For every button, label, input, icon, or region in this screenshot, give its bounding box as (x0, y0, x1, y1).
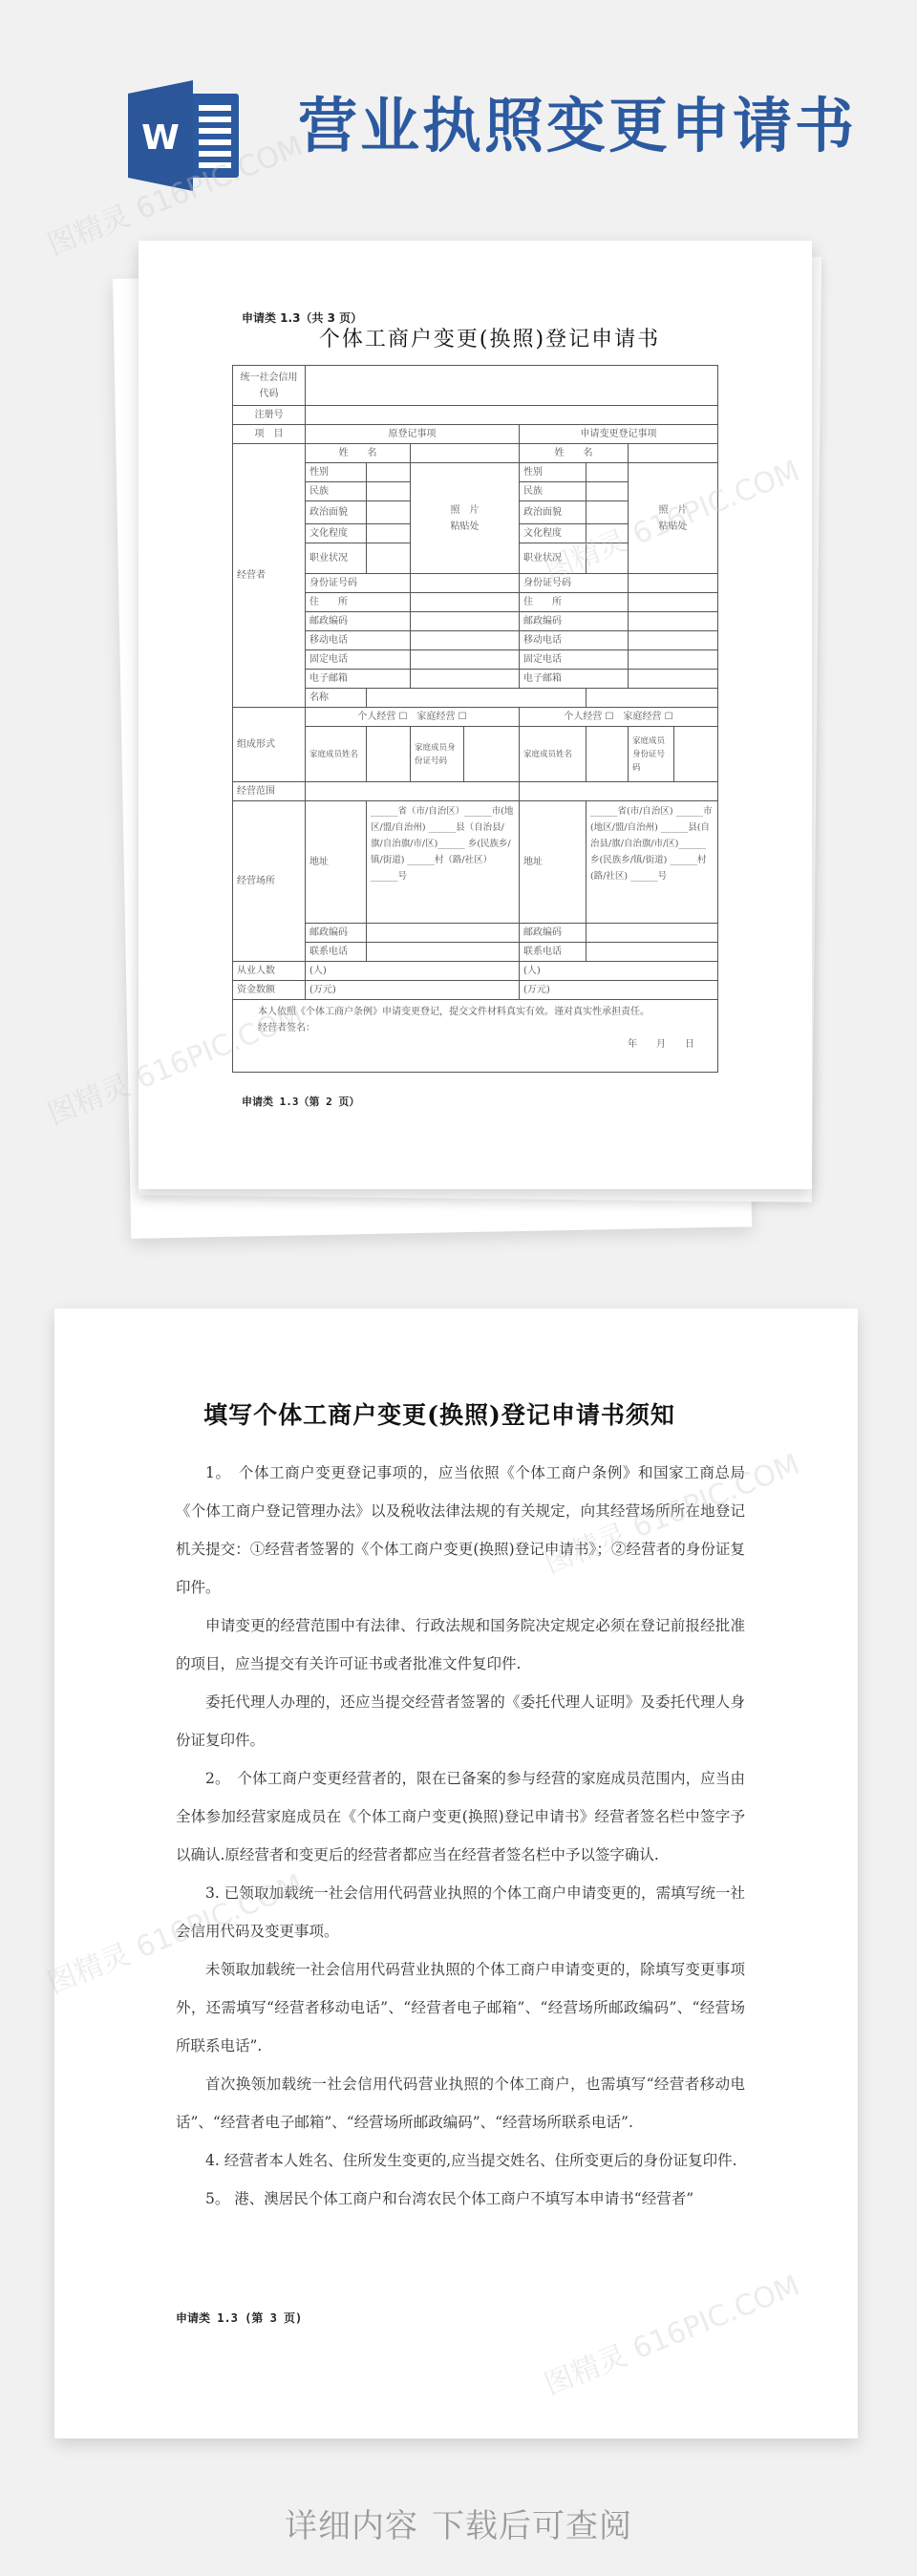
label-name-new: 姓 名 (520, 444, 629, 463)
photo-area-orig: 照 片粘贴处 (411, 463, 520, 574)
field-occupation-new[interactable] (586, 543, 629, 574)
notice-paragraph: 申请变更的经营范围中有法律、行政法规和国务院决定规定必须在登记前报经批准的项目，… (176, 1607, 745, 1683)
field-family-name-new[interactable] (586, 727, 629, 782)
label-premises-phone: 联系电话 (306, 943, 367, 962)
field-landline-new[interactable] (629, 650, 718, 670)
label-premises-phone-new: 联系电话 (520, 943, 586, 962)
label-premises-postcode-new: 邮政编码 (520, 924, 586, 943)
notice-paragraph: 2。 个体工商户变更经营者的，限在已备案的参与经营的家庭成员范围内，应当由全体参… (176, 1759, 745, 1874)
label-form-type: 组成形式 (233, 708, 306, 782)
label-item: 项 目 (233, 425, 306, 444)
label-occupation: 职业状况 (306, 543, 367, 574)
field-capital-new[interactable]: (万元) (520, 981, 718, 1000)
label-occupation-new: 职业状况 (520, 543, 586, 574)
notice-paragraph: 3. 已领取加载统一社会信用代码营业执照的个体工商户申请变更的，需填写统一社会信… (176, 1874, 745, 1950)
application-form-table: 统一社会信用代码 注册号 项 目 原登记事项 申请变更登记事项 经营者 姓 名 … (232, 365, 718, 1073)
notice-paragraph: 5。 港、澳居民个体工商户和台湾农民个体工商户不填写本申请书“经营者” (176, 2180, 745, 2218)
label-ethnic: 民族 (306, 482, 367, 501)
label-employees: 从业人数 (233, 962, 306, 981)
label-family-id-orig: 家庭成员身份证号码 (411, 727, 464, 782)
download-hint: 详细内容下载后可查阅 (0, 2500, 917, 2546)
page-header: W 营业执照变更申请书 (0, 0, 917, 229)
field-scope-new[interactable] (520, 782, 718, 801)
field-email-new[interactable] (629, 670, 718, 689)
field-gender-orig[interactable] (367, 463, 411, 482)
label-scope: 经营范围 (233, 782, 306, 801)
label-mobile: 移动电话 (306, 631, 411, 650)
label-email-new: 电子邮箱 (520, 670, 629, 689)
field-residence-orig[interactable] (411, 593, 520, 612)
label-landline-new: 固定电话 (520, 650, 629, 670)
label-reg-no: 注册号 (233, 406, 306, 425)
field-mobile-new[interactable] (629, 631, 718, 650)
label-family-id-new: 家庭成员身份证号码 (629, 727, 674, 782)
field-employees-new[interactable]: (人) (520, 962, 718, 981)
field-scope-orig[interactable] (306, 782, 520, 801)
field-biz-name-new[interactable] (586, 689, 718, 708)
field-postcode-new[interactable] (629, 612, 718, 631)
field-postcode-orig[interactable] (411, 612, 520, 631)
label-family-name-orig: 家庭成员姓名 (306, 727, 367, 782)
label-id-no-new: 身份证号码 (520, 574, 629, 593)
word-document-icon: W (126, 80, 243, 191)
label-mobile-new: 移动电话 (520, 631, 629, 650)
field-employees-orig[interactable]: (人) (306, 962, 520, 981)
field-residence-new[interactable] (629, 593, 718, 612)
field-political-new[interactable] (586, 501, 629, 524)
field-premises-postcode-orig[interactable] (367, 924, 520, 943)
label-operator: 经营者 (233, 444, 306, 708)
label-email: 电子邮箱 (306, 670, 411, 689)
page-footer-label: 申请类 1.3 (第 3 页) (176, 2310, 302, 2326)
label-political: 政治面貌 (306, 501, 367, 524)
label-address-new: 地址 (520, 801, 586, 924)
label-landline: 固定电话 (306, 650, 411, 670)
notice-body: 1。 个体工商户变更登记事项的，应当依照《个体工商户条例》和国家工商总局《个体工… (176, 1454, 745, 2218)
document-page-2: 申请类 1.3（共 3 页） 个体工商户变更(换照)登记申请书 统一社会信用代码… (139, 241, 812, 1189)
field-family-id-orig[interactable] (464, 727, 520, 782)
field-family-id-new[interactable] (674, 727, 718, 782)
field-id-no-new[interactable] (629, 574, 718, 593)
page-title: 营业执照变更申请书 (298, 92, 857, 160)
notice-title: 填写个体工商户变更(换照)登记申请书须知 (54, 1396, 858, 1431)
notice-paragraph: 未领取加载统一社会信用代码营业执照的个体工商户申请变更的，除填写变更事项外，还需… (176, 1950, 745, 2065)
field-premises-phone-new[interactable] (586, 943, 718, 962)
label-credit-code: 统一社会信用代码 (233, 366, 306, 406)
label-id-no: 身份证号码 (306, 574, 411, 593)
notice-paragraph: 1。 个体工商户变更登记事项的，应当依照《个体工商户条例》和国家工商总局《个体工… (176, 1454, 745, 1607)
date-label: 年 月 日 (239, 1036, 712, 1053)
checkbox-group-form-type-orig[interactable]: 个人经营 ☐ 家庭经营 ☐ (306, 708, 520, 727)
field-mobile-orig[interactable] (411, 631, 520, 650)
label-premises-postcode: 邮政编码 (306, 924, 367, 943)
declaration-text: 本人依照《个体工商户条例》申请变更登记，提交文件材料真实有效。谨对真实性承担责任… (239, 1004, 712, 1020)
label-family-name-new: 家庭成员姓名 (520, 727, 586, 782)
document-page-3: 填写个体工商户变更(换照)登记申请书须知 1。 个体工商户变更登记事项的，应当依… (54, 1309, 858, 2438)
label-name: 姓 名 (306, 444, 411, 463)
checkbox-group-form-type-new[interactable]: 个人经营 ☐ 家庭经营 ☐ (520, 708, 718, 727)
label-ethnic-new: 民族 (520, 482, 586, 501)
download-hint-part1: 详细内容 (285, 2507, 418, 2545)
field-ethnic-new[interactable] (586, 482, 629, 501)
field-political-orig[interactable] (367, 501, 411, 524)
field-credit-code[interactable] (306, 366, 718, 406)
page-footer-label: 申请类 1.3（第 2 页） (242, 1094, 359, 1109)
label-capital: 资金数额 (233, 981, 306, 1000)
svg-text:W: W (141, 118, 180, 158)
field-landline-orig[interactable] (411, 650, 520, 670)
field-capital-orig[interactable]: (万元) (306, 981, 520, 1000)
label-residence: 住 所 (306, 593, 411, 612)
label-premises: 经营场所 (233, 801, 306, 962)
photo-area-new: 照 片粘贴处 (629, 463, 718, 574)
field-address-orig[interactable]: ______省（市/自治区）______市(地区/盟/自治州) ______县（… (367, 801, 520, 924)
notice-paragraph: 首次换领加载统一社会信用代码营业执照的个体工商户，也需填写“经营者移动电话”、“… (176, 2065, 745, 2141)
field-name-new[interactable] (629, 444, 718, 463)
field-premises-postcode-new[interactable] (586, 924, 718, 943)
label-gender-new: 性别 (520, 463, 586, 482)
signature-label[interactable]: 经营者签名： (239, 1020, 712, 1036)
header-original: 原登记事项 (306, 425, 520, 444)
label-postcode-new: 邮政编码 (520, 612, 629, 631)
field-occupation-orig[interactable] (367, 543, 411, 574)
header-new: 申请变更登记事项 (520, 425, 718, 444)
field-address-new[interactable]: ______省(市/自治区) ______市(地区/盟/自治州) ______县… (586, 801, 718, 924)
field-biz-name-orig[interactable] (367, 689, 586, 708)
field-family-name-orig[interactable] (367, 727, 411, 782)
label-biz-name: 名称 (306, 689, 367, 708)
label-address-orig: 地址 (306, 801, 367, 924)
form-title: 个体工商户变更(换照)登记申请书 (139, 323, 812, 352)
notice-paragraph: 委托代理人办理的，还应当提交经营者签署的《委托代理人证明》及委托代理人身份证复印… (176, 1683, 745, 1759)
field-premises-phone-orig[interactable] (367, 943, 520, 962)
label-residence-new: 住 所 (520, 593, 629, 612)
download-hint-part2: 下载后可查阅 (432, 2507, 632, 2545)
label-education: 文化程度 (306, 524, 367, 543)
field-email-orig[interactable] (411, 670, 520, 689)
label-political-new: 政治面貌 (520, 501, 586, 524)
field-ethnic-orig[interactable] (367, 482, 411, 501)
label-education-new: 文化程度 (520, 524, 586, 543)
field-name-orig[interactable] (411, 444, 520, 463)
field-education-new[interactable] (586, 524, 629, 543)
declaration-block: 本人依照《个体工商户条例》申请变更登记，提交文件材料真实有效。谨对真实性承担责任… (233, 1000, 718, 1073)
field-id-no-orig[interactable] (411, 574, 520, 593)
field-gender-new[interactable] (586, 463, 629, 482)
label-gender: 性别 (306, 463, 367, 482)
field-reg-no[interactable] (306, 406, 718, 425)
field-education-orig[interactable] (367, 524, 411, 543)
notice-paragraph: 4. 经营者本人姓名、住所发生变更的,应当提交姓名、住所变更后的身份证复印件. (176, 2141, 745, 2180)
label-postcode: 邮政编码 (306, 612, 411, 631)
